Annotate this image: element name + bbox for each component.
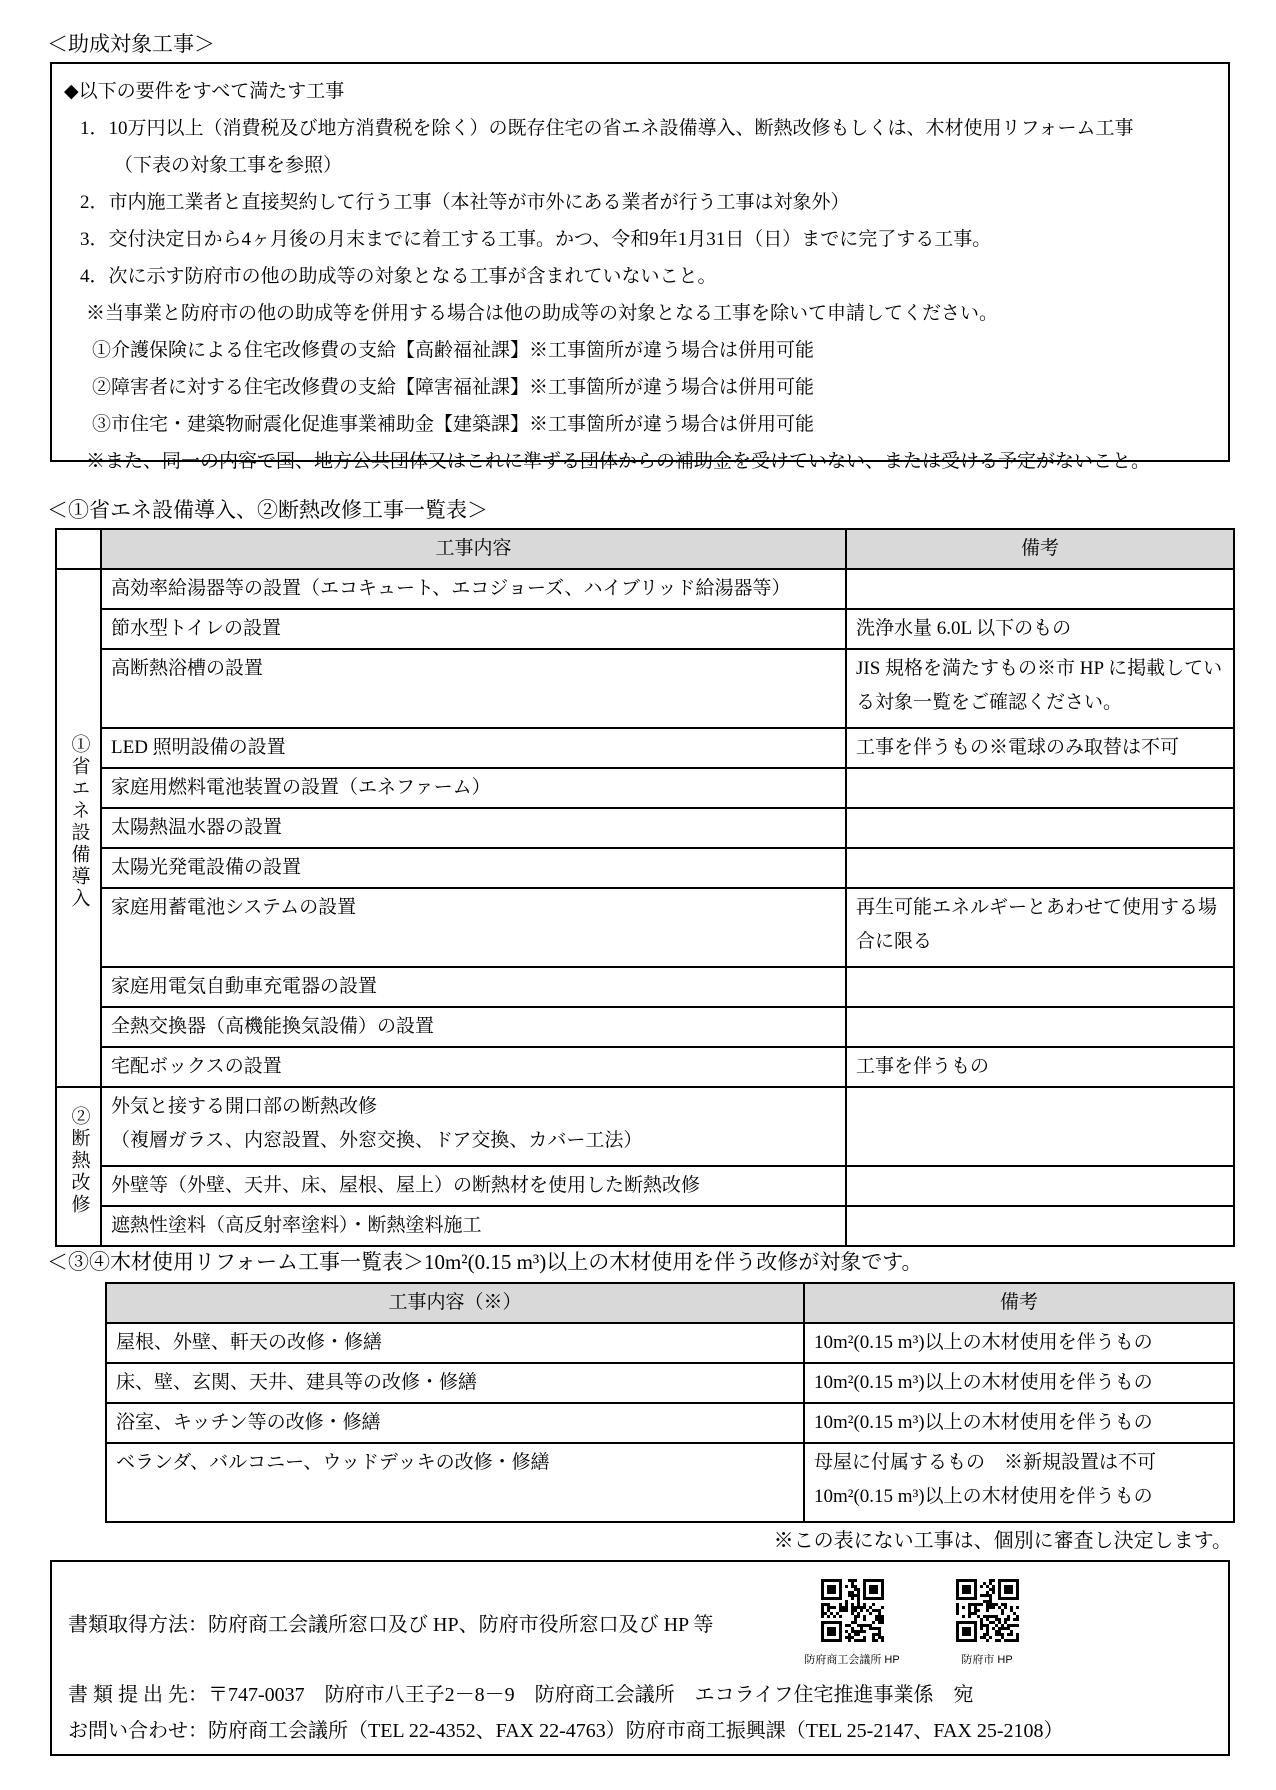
remark-cell: 10m²(0.15 m³)以上の木材使用を伴うもの [804,1323,1234,1363]
table-row: ②断熱改修 外気と接する開口部の断熱改修 （複層ガラス、内窓設置、外窓交換、ドア… [56,1087,1234,1166]
work-content-cell: 節水型トイレの設置 [101,609,846,649]
table-corner-cell [56,529,101,569]
remark-cell: 10m²(0.15 m³)以上の木材使用を伴うもの [804,1363,1234,1403]
table-row: 家庭用蓄電池システムの設置 再生可能エネルギーとあわせて使用する場合に限る [56,888,1234,967]
requirement-line: ①介護保険による住宅改修費の支給【高齢福祉課】※工事箇所が違う場合は併用可能 [64,332,1220,369]
remark-cell [846,768,1234,808]
table-row: 全熱交換器（高機能換気設備）の設置 [56,1007,1234,1047]
table-row: 床、壁、玄関、天井、建具等の改修・修繕 10m²(0.15 m³)以上の木材使用… [106,1363,1234,1403]
remark-cell [846,1166,1234,1206]
work-content-cell: LED 照明設備の設置 [101,728,846,768]
individual-review-note: ※この表にない工事は、個別に審査し決定します。 [774,1524,1232,1553]
table-row: 太陽光発電設備の設置 [56,848,1234,888]
work-content-cell: ベランダ、バルコニー、ウッドデッキの改修・修繕 [106,1443,804,1522]
work-content-cell: 宅配ボックスの設置 [101,1047,846,1087]
remark-cell: 再生可能エネルギーとあわせて使用する場合に限る [846,888,1234,967]
requirement-line: 1．10万円以上（消費税及び地方消費税を除く）の既存住宅の省エネ設備導入、断熱改… [64,110,1220,147]
table-row: LED 照明設備の設置 工事を伴うもの※電球のみ取替は不可 [56,728,1234,768]
table-row: 外壁等（外壁、天井、床、屋根、屋上）の断熱材を使用した断熱改修 [56,1166,1234,1206]
work-content-cell: 全熱交換器（高機能換気設備）の設置 [101,1007,846,1047]
wood-reform-table: 工事内容（※） 備考 屋根、外壁、軒天の改修・修繕 10m²(0.15 m³)以… [105,1282,1235,1523]
qr-block-chamber: 防府商工会議所 HP [797,1576,907,1667]
remark-cell [846,1087,1234,1166]
table-row: 家庭用電気自動車充電器の設置 [56,967,1234,1007]
remark-cell [846,808,1234,848]
remark-cell: 工事を伴うもの [846,1047,1234,1087]
section-title-wood-table: ＜③④木材使用リフォーム工事一覧表＞10m²(0.15 m³)以上の木材使用を伴… [47,1246,923,1276]
remark-cell: 洗浄水量 6.0L 以下のもの [846,609,1234,649]
requirement-line: ※また、同一の内容で国、地方公共団体又はこれに準ずる団体からの補助金を受けていな… [64,443,1220,480]
qr-code-chamber-hp-icon [818,1576,887,1645]
qr-caption-city: 防府市 HP [932,1653,1042,1667]
work-content-cell: 屋根、外壁、軒天の改修・修繕 [106,1323,804,1363]
group-label-insulation: ②断熱改修 [56,1087,101,1246]
footer-box: 書類取得方法：防府商工会議所窓口及び HP、防府市役所窓口及び HP 等 防府商… [50,1560,1230,1756]
requirements-box: ◆以下の要件をすべて満たす工事 1．10万円以上（消費税及び地方消費税を除く）の… [50,62,1230,462]
qr-caption-chamber: 防府商工会議所 HP [797,1653,907,1667]
contact-line: お問い合わせ：防府商工会議所（TEL 22-4352、FAX 22-4763）防… [68,1714,1064,1743]
qr-code-city-hp-icon [953,1576,1022,1645]
remark-cell: 母屋に付属するもの ※新規設置は不可 10m²(0.15 m³)以上の木材使用を… [804,1443,1234,1522]
work-content-cell: 家庭用蓄電池システムの設置 [101,888,846,967]
table-header-remarks: 備考 [804,1283,1234,1323]
requirement-line: 3．交付決定日から4ヶ月後の月末までに着工する工事。かつ、令和9年1月31日（日… [64,221,1220,258]
table-row: 太陽熱温水器の設置 [56,808,1234,848]
remark-cell: 工事を伴うもの※電球のみ取替は不可 [846,728,1234,768]
work-content-cell: 太陽熱温水器の設置 [101,808,846,848]
work-content-cell: 家庭用燃料電池装置の設置（エネファーム） [101,768,846,808]
requirements-heading: ◆以下の要件をすべて満たす工事 [64,73,1220,110]
table-header-content: 工事内容 [101,529,846,569]
document-page: ＜助成対象工事＞ ◆以下の要件をすべて満たす工事 1．10万円以上（消費税及び地… [0,0,1276,1790]
requirement-line: ③市住宅・建築物耐震化促進事業補助金【建築課】※工事箇所が違う場合は併用可能 [64,406,1220,443]
requirement-line: ②障害者に対する住宅改修費の支給【障害福祉課】※工事箇所が違う場合は併用可能 [64,369,1220,406]
group-label-energy-saving: ①省エネ設備導入 [56,569,101,1087]
work-content-cell: 外壁等（外壁、天井、床、屋根、屋上）の断熱材を使用した断熱改修 [101,1166,846,1206]
table-row: ①省エネ設備導入 高効率給湯器等の設置（エコキュート、エコジョーズ、ハイブリッド… [56,569,1234,609]
remark-cell [846,848,1234,888]
section-title-energy-table: ＜①省エネ設備導入、②断熱改修工事一覧表＞ [47,494,488,524]
table-row: 節水型トイレの設置 洗浄水量 6.0L 以下のもの [56,609,1234,649]
table-row: 浴室、キッチン等の改修・修繕 10m²(0.15 m³)以上の木材使用を伴うもの [106,1403,1234,1443]
table-row: 家庭用燃料電池装置の設置（エネファーム） [56,768,1234,808]
requirement-line: （下表の対象工事を参照） [64,147,1220,184]
qr-block-city: 防府市 HP [932,1576,1042,1667]
table-row: ベランダ、バルコニー、ウッドデッキの改修・修繕 母屋に付属するもの ※新規設置は… [106,1443,1234,1522]
work-content-cell: 太陽光発電設備の設置 [101,848,846,888]
submission-address-line: 書 類 提 出 先：〒747-0037 防府市八王子2－8－9 防府商工会議所 … [68,1678,973,1707]
remark-cell [846,1007,1234,1047]
requirement-line: 4．次に示す防府市の他の助成等の対象となる工事が含まれていないこと。 [64,258,1220,295]
remark-cell [846,569,1234,609]
requirement-line: 2．市内施工業者と直接契約して行う工事（本社等が市外にある業者が行う工事は対象外… [64,184,1220,221]
table-header-remarks: 備考 [846,529,1234,569]
work-content-cell: 遮熱性塗料（高反射率塗料）・断熱塗料施工 [101,1206,846,1246]
table-row: 屋根、外壁、軒天の改修・修繕 10m²(0.15 m³)以上の木材使用を伴うもの [106,1323,1234,1363]
page-title: ＜助成対象工事＞ [47,28,215,58]
work-content-cell: 浴室、キッチン等の改修・修繕 [106,1403,804,1443]
energy-insulation-table: 工事内容 備考 ①省エネ設備導入 高効率給湯器等の設置（エコキュート、エコジョー… [55,528,1235,1247]
remark-cell [846,967,1234,1007]
work-content-cell: 外気と接する開口部の断熱改修 （複層ガラス、内窓設置、外窓交換、ドア交換、カバー… [101,1087,846,1166]
document-acquisition-line: 書類取得方法：防府商工会議所窓口及び HP、防府市役所窓口及び HP 等 [68,1608,713,1637]
remark-cell [846,1206,1234,1246]
table-header-content: 工事内容（※） [106,1283,804,1323]
table-row: 高断熱浴槽の設置 JIS 規格を満たすもの※市 HP に掲載している対象一覧をご… [56,649,1234,728]
table-row: 宅配ボックスの設置 工事を伴うもの [56,1047,1234,1087]
work-content-cell: 高効率給湯器等の設置（エコキュート、エコジョーズ、ハイブリッド給湯器等） [101,569,846,609]
table-row: 遮熱性塗料（高反射率塗料）・断熱塗料施工 [56,1206,1234,1246]
work-content-cell: 家庭用電気自動車充電器の設置 [101,967,846,1007]
work-content-cell: 高断熱浴槽の設置 [101,649,846,728]
remark-cell: 10m²(0.15 m³)以上の木材使用を伴うもの [804,1403,1234,1443]
requirement-line: ※当事業と防府市の他の助成等を併用する場合は他の助成等の対象となる工事を除いて申… [64,295,1220,332]
work-content-cell: 床、壁、玄関、天井、建具等の改修・修繕 [106,1363,804,1403]
remark-cell: JIS 規格を満たすもの※市 HP に掲載している対象一覧をご確認ください。 [846,649,1234,728]
